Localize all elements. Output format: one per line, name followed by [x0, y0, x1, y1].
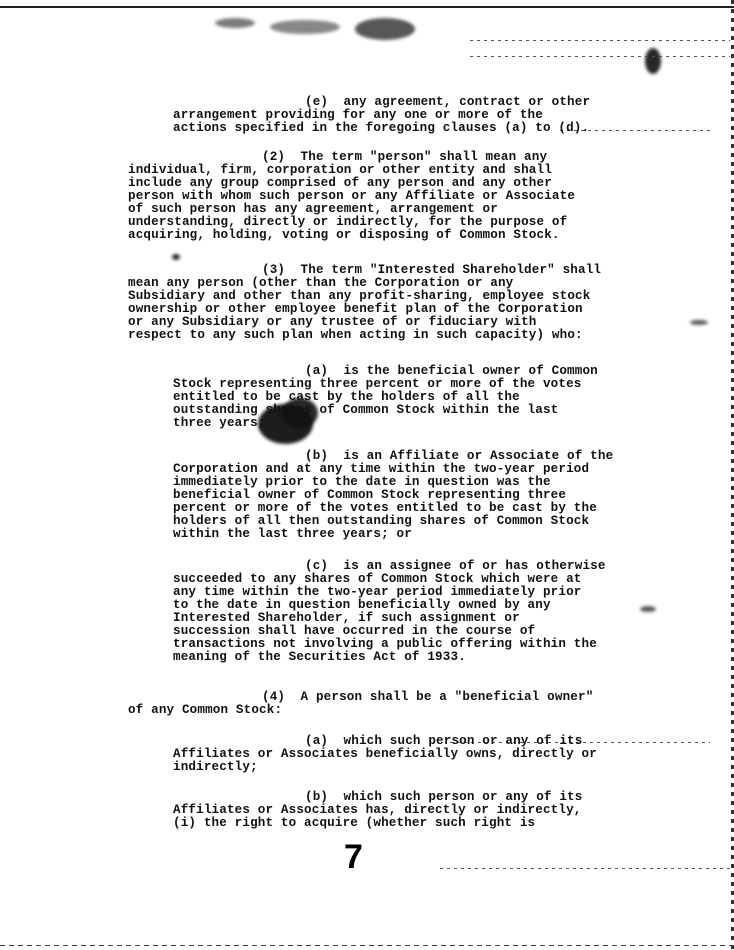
scan-smudge	[270, 20, 340, 34]
scan-smudge	[172, 254, 180, 260]
scan-noise	[470, 40, 730, 41]
scan-noise	[440, 868, 730, 869]
scan-smudge	[215, 18, 255, 28]
text-line: (4) A person shall be a "beneficial owne…	[262, 691, 593, 704]
text-line: indirectly;	[173, 761, 258, 774]
text-line: three years;	[173, 417, 266, 430]
text-line: of any Common Stock:	[128, 704, 282, 717]
scan-smudge	[355, 18, 415, 40]
page-number: 7	[344, 838, 363, 877]
text-line: (i) the right to acquire (whether such r…	[173, 817, 535, 830]
scan-smudge	[690, 320, 708, 325]
text-line: within the last three years; or	[173, 528, 412, 541]
text-line: actions specified in the foregoing claus…	[173, 122, 589, 135]
scan-smudge	[645, 48, 661, 74]
text-line: respect to any such plan when acting in …	[128, 329, 583, 342]
text-line: acquiring, holding, voting or disposing …	[128, 229, 560, 242]
scan-edge-bottom	[0, 945, 734, 946]
scan-smudge	[640, 606, 656, 612]
text-line: meaning of the Securities Act of 1933.	[173, 651, 466, 664]
scan-noise	[470, 56, 730, 57]
scan-edge-top	[0, 6, 734, 8]
document-page: (e) any agreement, contract or otherarra…	[0, 0, 734, 950]
